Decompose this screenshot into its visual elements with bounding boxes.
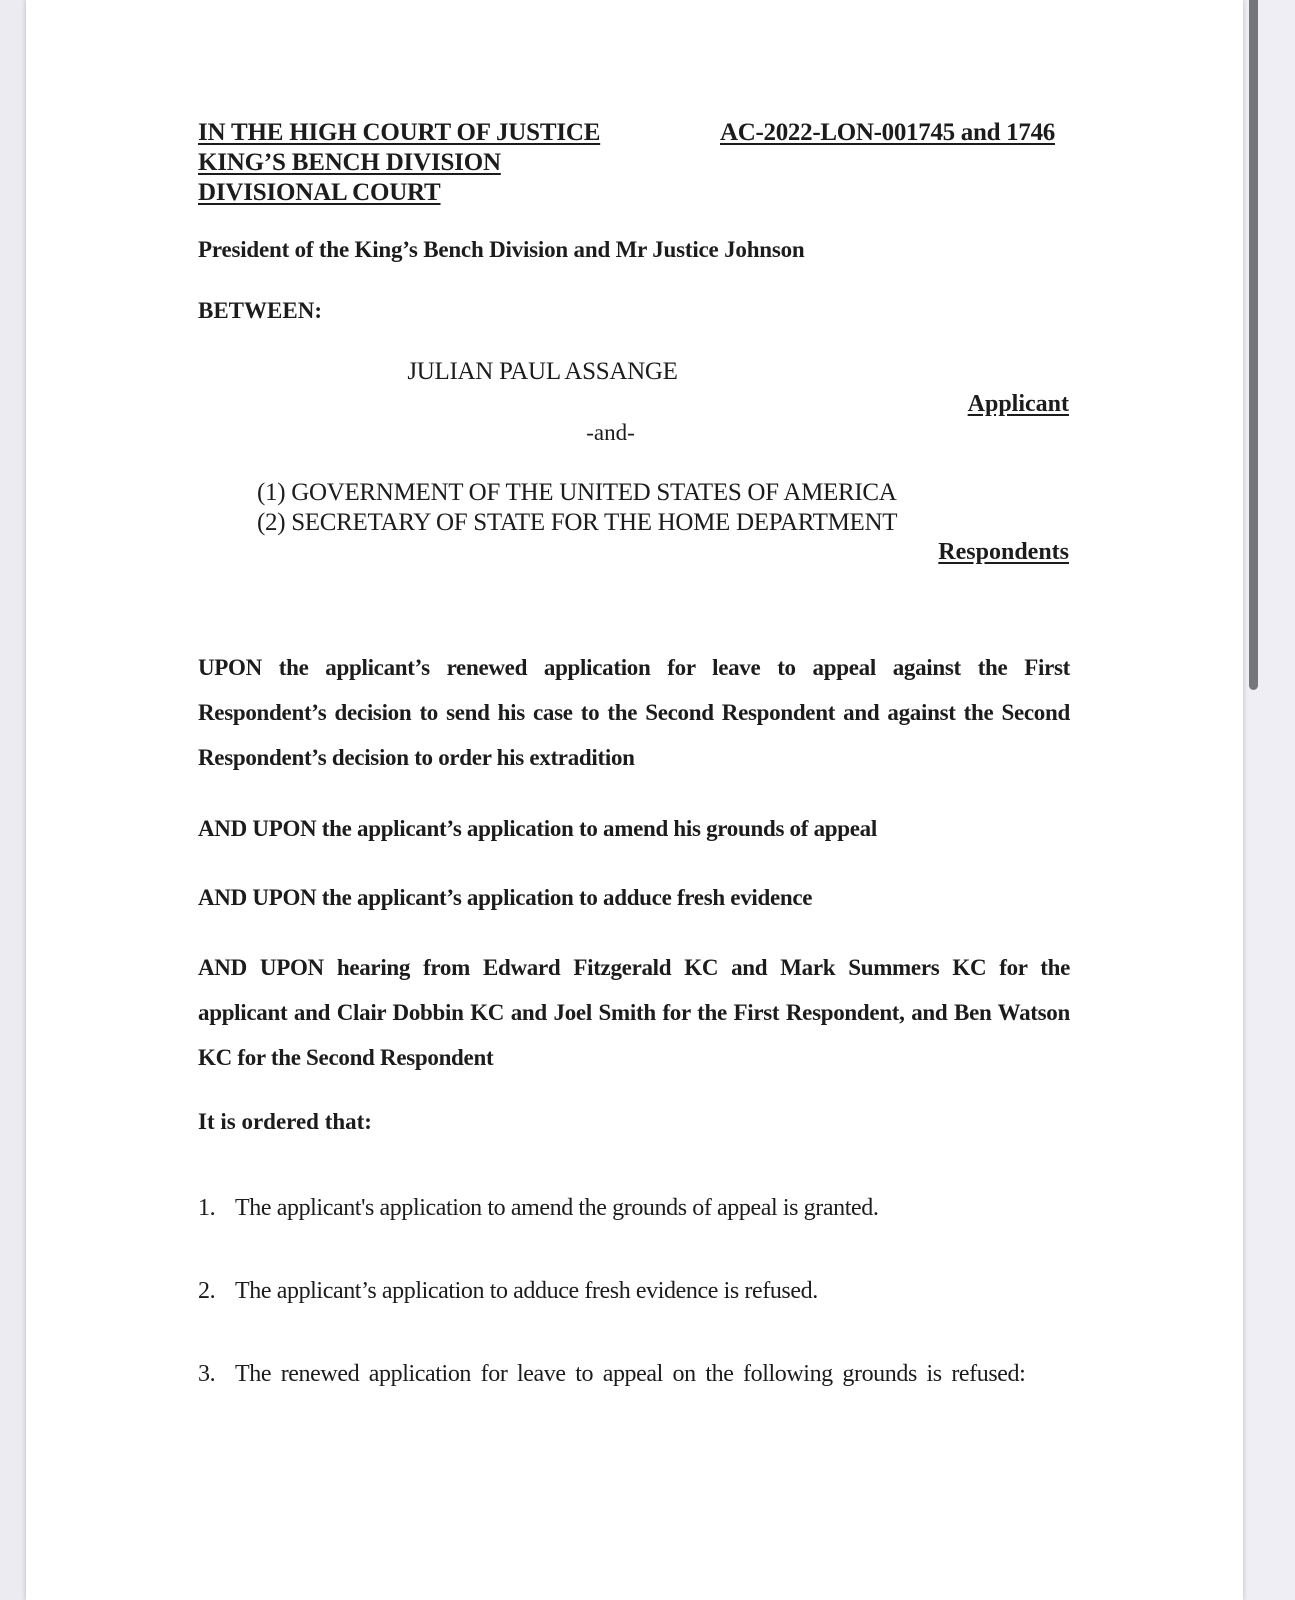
recital-text: the applicant’s renewed application for … xyxy=(198,655,1070,770)
recital-paragraph: AND UPON hearing from Edward Fitzgerald … xyxy=(198,945,1070,1080)
recital-text: the applicant’s application to amend his… xyxy=(316,816,877,841)
recital-keyword: AND UPON xyxy=(198,955,324,980)
respondent-2: (2) SECRETARY OF STATE FOR THE HOME DEPA… xyxy=(257,508,897,538)
applicant-name: JULIAN PAUL ASSANGE xyxy=(0,358,1151,386)
judges-line: President of the King’s Bench Division a… xyxy=(198,237,805,263)
recital-text: the applicant’s application to adduce fr… xyxy=(316,885,812,910)
court-heading: IN THE HIGH COURT OF JUSTICE KING’S BENC… xyxy=(198,118,600,208)
order-text: The renewed application for leave to app… xyxy=(235,1352,1070,1397)
case-number: AC-2022-LON-001745 and 1746 xyxy=(720,118,1055,148)
document-page: IN THE HIGH COURT OF JUSTICE KING’S BENC… xyxy=(26,0,1243,1600)
respondents-list: (1) GOVERNMENT OF THE UNITED STATES OF A… xyxy=(257,478,897,538)
court-line-division: KING’S BENCH DIVISION xyxy=(198,148,600,178)
court-line-high-court: IN THE HIGH COURT OF JUSTICE xyxy=(198,118,600,148)
recital-text: hearing from Edward Fitzgerald KC and Ma… xyxy=(198,955,1070,1070)
recital-paragraph: UPON the applicant’s renewed application… xyxy=(198,645,1070,780)
order-number: 3. xyxy=(198,1352,215,1397)
respondents-role-label: Respondents xyxy=(938,539,1069,566)
order-item: 2. The applicant’s application to adduce… xyxy=(198,1269,1070,1314)
applicant-role-label: Applicant xyxy=(968,391,1069,418)
order-text: The applicant’s application to adduce fr… xyxy=(235,1269,1070,1314)
court-line-divisional-court: DIVISIONAL COURT xyxy=(198,178,600,208)
order-number: 1. xyxy=(198,1186,215,1231)
order-item: 3. The renewed application for leave to … xyxy=(198,1352,1070,1397)
parties-separator: -and- xyxy=(2,420,1219,446)
recital-keyword: AND UPON xyxy=(198,885,316,910)
order-item: 1. The applicant's application to amend … xyxy=(198,1186,1070,1231)
order-text: The applicant's application to amend the… xyxy=(235,1186,1070,1231)
recital-paragraph: AND UPON the applicant’s application to … xyxy=(198,875,1070,920)
respondent-1: (1) GOVERNMENT OF THE UNITED STATES OF A… xyxy=(257,478,897,508)
between-label: BETWEEN: xyxy=(198,298,322,324)
ordered-label: It is ordered that: xyxy=(198,1109,372,1135)
order-number: 2. xyxy=(198,1269,215,1314)
recital-keyword: UPON xyxy=(198,655,262,680)
scrollbar-thumb[interactable] xyxy=(1249,0,1258,690)
recital-keyword: AND UPON xyxy=(198,816,316,841)
recital-paragraph: AND UPON the applicant’s application to … xyxy=(198,806,1070,851)
